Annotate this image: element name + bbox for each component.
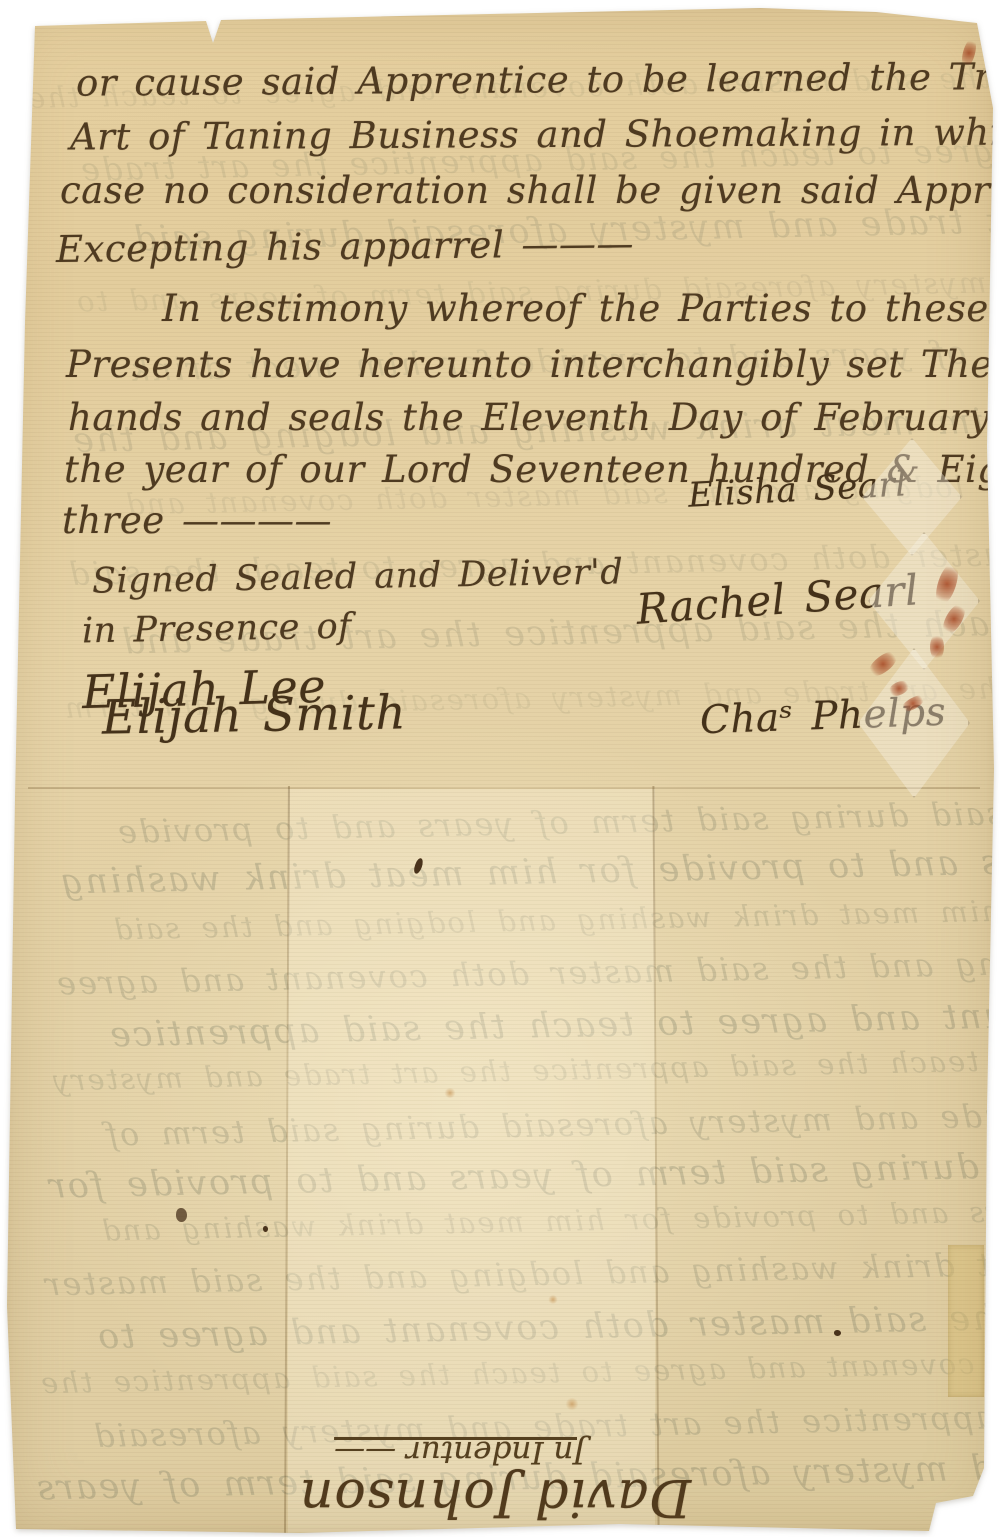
document-scan: and the said master doth covenant and ag… (0, 0, 1000, 1537)
paper-edge-tone (0, 0, 1000, 1537)
document-page: and the said master doth covenant and ag… (0, 0, 1000, 1537)
paper-shadow: and the said master doth covenant and ag… (0, 0, 1000, 1537)
